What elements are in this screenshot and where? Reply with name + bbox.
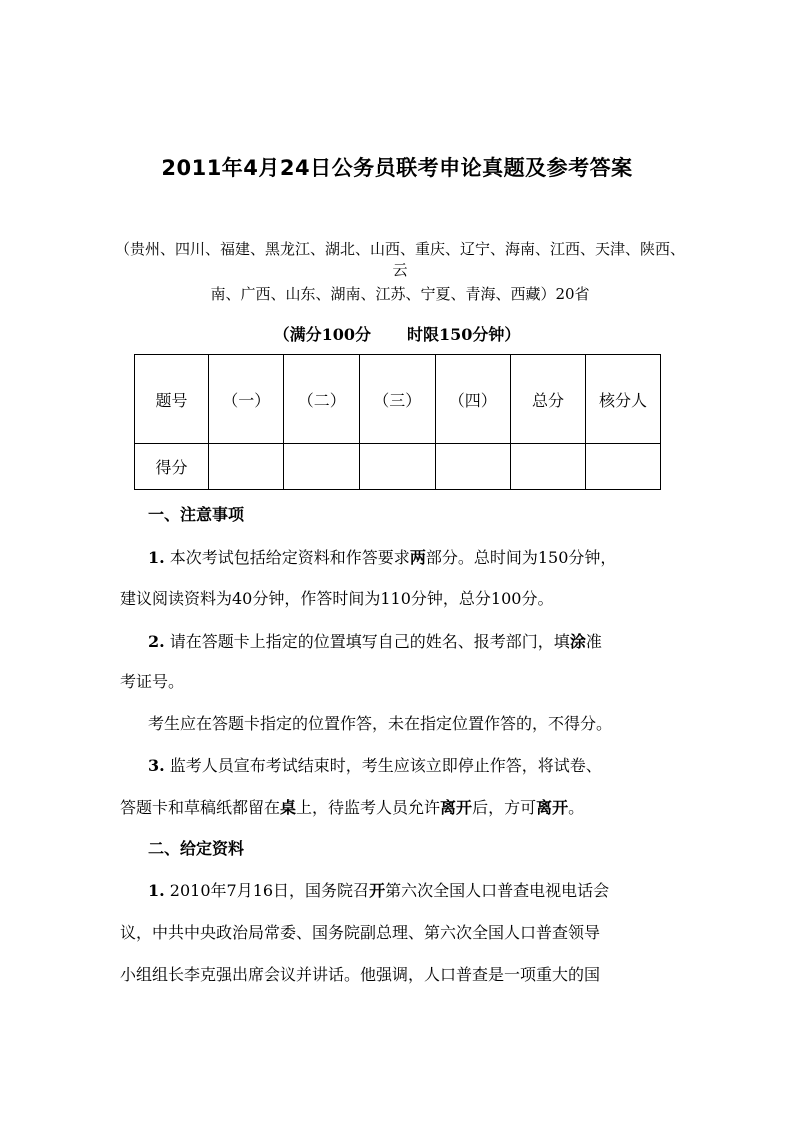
score-cell-part-3 — [360, 444, 436, 490]
notes-item-2-line-2: 考证号。 — [120, 669, 680, 692]
row-label-score: 得分 — [135, 444, 209, 490]
time-limit: 时限150分钟） — [407, 325, 520, 344]
item-number: 1. — [148, 881, 165, 900]
score-cell-part-2 — [284, 444, 360, 490]
item-number: 2. — [148, 632, 165, 651]
header-cell-part-3: （三） — [360, 355, 436, 444]
notes-item-3-line-1: 3. 监考人员宣布考试结束时，考生应该立即停止作答，将试卷、 — [120, 753, 708, 776]
section-heading-materials: 二、给定资料 — [120, 836, 708, 859]
materials-item-1-line-2: 议，中共中央政治局常委、国务院副总理、第六次全国人口普查领导 — [120, 920, 680, 943]
header-cell-part-2: （二） — [284, 355, 360, 444]
item-number: 1. — [148, 548, 165, 567]
score-table-score-row: 得分 — [135, 444, 661, 490]
section-heading-notes: 一、注意事项 — [120, 502, 708, 525]
document-title: 2011年4月24日公务员联考申论真题及参考答案 — [0, 152, 794, 182]
provinces-line-1: （贵州、四川、福建、黑龙江、湖北、山西、重庆、辽宁、海南、江西、天津、陕西、云 — [110, 238, 690, 280]
notes-item-3-line-2: 答题卡和草稿纸都留在桌上，待监考人员允许离开后，方可离开。 — [120, 795, 680, 818]
header-cell-question-number: 题号 — [135, 355, 209, 444]
notes-item-2-line-3: 考生应在答题卡指定的位置作答，未在指定位置作答的，不得分。 — [120, 711, 708, 734]
item-number: 3. — [148, 756, 165, 775]
score-cell-part-4 — [435, 444, 511, 490]
provinces-line-2: 南、广西、山东、湖南、江苏、宁夏、青海、西藏）20省 — [110, 283, 690, 304]
score-cell-part-1 — [208, 444, 284, 490]
header-cell-checker: 核分人 — [585, 355, 660, 444]
notes-item-2-line-1: 2. 请在答题卡上指定的位置填写自己的姓名、报考部门，填涂准 — [120, 629, 708, 652]
score-cell-total — [511, 444, 586, 490]
header-cell-total: 总分 — [511, 355, 586, 444]
header-cell-part-1: （一） — [208, 355, 284, 444]
score-table-header-row: 题号 （一） （二） （三） （四） 总分 核分人 — [135, 355, 661, 444]
document-page: 2011年4月24日公务员联考申论真题及参考答案 （贵州、四川、福建、黑龙江、湖… — [0, 0, 794, 1123]
notes-item-1-line-1: 1. 本次考试包括给定资料和作答要求两部分。总时间为150分钟， — [120, 545, 708, 568]
score-table: 题号 （一） （二） （三） （四） 总分 核分人 得分 — [134, 354, 661, 490]
score-cell-checker — [585, 444, 660, 490]
materials-item-1-line-3: 小组组长李克强出席会议并讲话。他强调，人口普查是一项重大的国 — [120, 962, 680, 985]
notes-item-1-line-2: 建议阅读资料为40分钟，作答时间为110分钟，总分100分。 — [120, 586, 680, 609]
full-score: （满分100分 — [274, 325, 371, 344]
materials-item-1-line-1: 1. 2010年7月16日，国务院召开第六次全国人口普查电视电话会 — [120, 878, 708, 901]
header-cell-part-4: （四） — [435, 355, 511, 444]
exam-limits: （满分100分时限150分钟） — [0, 322, 794, 345]
